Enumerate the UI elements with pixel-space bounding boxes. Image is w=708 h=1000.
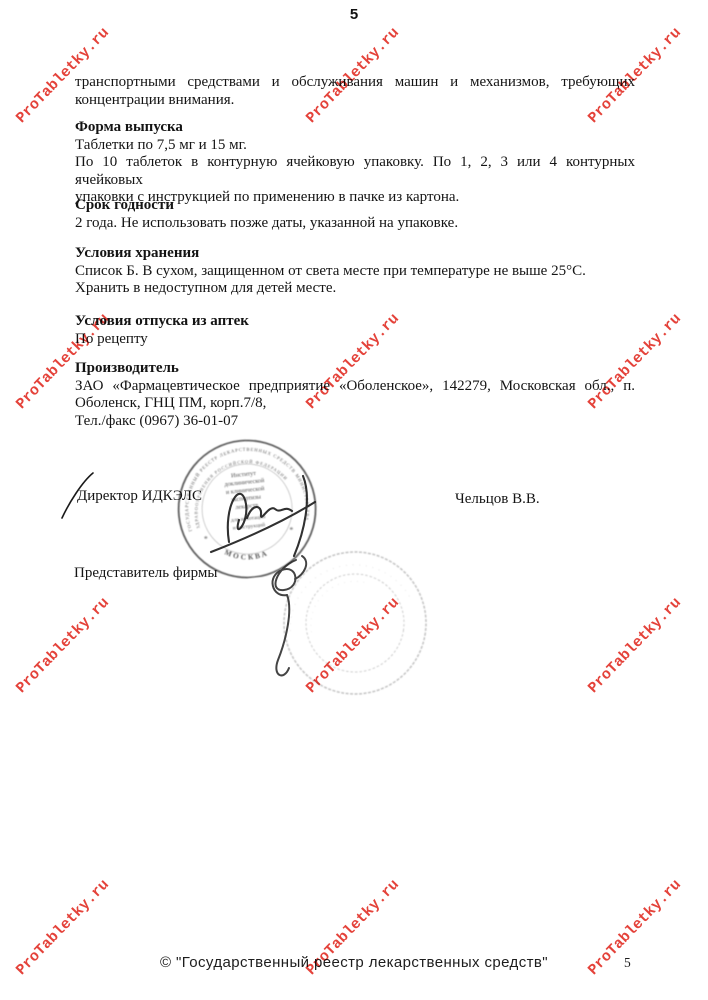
director-name: Чельцов В.В. [455, 491, 540, 508]
section-line: По 10 таблеток в контурную ячейковую упа… [75, 154, 635, 189]
section-line: ЗАО «Фармацевтическое предприятие «Оболе… [75, 378, 635, 396]
section-line: Тел./факс (0967) 36-01-07 [75, 413, 635, 431]
intro-line: транспортными средствами и обслуживания … [75, 74, 635, 92]
section-storage-conditions: Условия хранения Список Б. В сухом, защи… [75, 245, 635, 298]
director-label: Директор ИДКЭЛС [77, 488, 202, 505]
intro-paragraph: транспортными средствами и обслуживания … [75, 74, 635, 109]
section-heading: Производитель [75, 360, 635, 378]
section-heading: Условия хранения [75, 245, 635, 263]
section-heading: Срок годности [75, 197, 635, 215]
representative-signature [256, 548, 354, 696]
page-number-bottom: 5 [624, 955, 631, 971]
watermark: ProTabletky.ru [585, 590, 689, 697]
scanned-document-page: 5 транспортными средствами и обслуживани… [0, 0, 708, 1000]
page-number-top: 5 [0, 6, 708, 23]
section-line: Оболенск, ГНЦ ПМ, корп.7/8, [75, 395, 635, 413]
section-dispensing-conditions: Условия отпуска из аптек По рецепту [75, 313, 635, 348]
representative-label: Представитель фирмы [74, 565, 217, 582]
watermark: ProTabletky.ru [13, 590, 117, 697]
section-line: По рецепту [75, 331, 635, 349]
footer-copyright: © "Государственный реестр лекарственных … [0, 954, 708, 971]
intro-line: концентрации внимания. [75, 92, 635, 110]
section-line: 2 года. Не использовать позже даты, указ… [75, 215, 635, 233]
section-line: Список Б. В сухом, защищенном от света м… [75, 263, 635, 281]
section-heading: Условия отпуска из аптек [75, 313, 635, 331]
section-heading: Форма выпуска [75, 119, 635, 137]
section-line: Хранить в недоступном для детей месте. [75, 280, 635, 298]
section-manufacturer: Производитель ЗАО «Фармацевтическое пред… [75, 360, 635, 430]
section-shelf-life: Срок годности 2 года. Не использовать по… [75, 197, 635, 232]
section-line: Таблетки по 7,5 мг и 15 мг. [75, 137, 635, 155]
section-release-form: Форма выпуска Таблетки по 7,5 мг и 15 мг… [75, 119, 635, 207]
